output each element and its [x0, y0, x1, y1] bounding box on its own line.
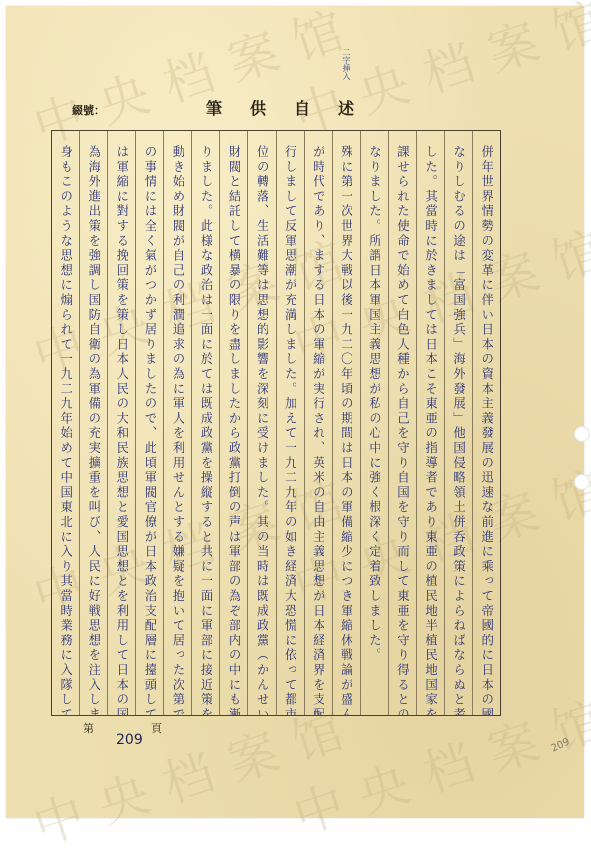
column-text: なりました。所謂日本軍国主義思想が私の心中に強く根深く定着致しました。: [368, 145, 381, 715]
text-column: 併年世界情勢の変革に伴い日本の資本主義發展の迅速な前進に乘って帝國的に日本の國運…: [472, 131, 500, 715]
column-text: 併年世界情勢の変革に伴い日本の資本主義發展の迅速な前進に乘って帝國的に日本の國運…: [480, 145, 493, 715]
column-text: の事情には全く氣がつかず居りましたので、此頃軍閥官僚が日本政治支配層に擡頭して参…: [143, 145, 156, 715]
margin-page-number: 209: [550, 736, 572, 754]
page-number: 209: [116, 732, 143, 748]
column-text: 位の轉落、生活難等は思想的影響を深刻に受けました。其の当時は既成政黨（かんせい政…: [256, 145, 269, 715]
column-text: 行しまして反軍思潮が充満しました。加えて一九二九年の如き経済大恐慌に依って都市農…: [284, 145, 297, 715]
column-text: 動き始め財閥が自己の利潤追求の為に軍人を利用せんとする嫌疑を抱いて居った次第であ…: [172, 145, 185, 715]
page-suffix: 頁: [151, 720, 162, 736]
text-column: した。其當時に於きましては日本こそ東亜の指導者であり東亜の植民地半植民地国家を解…: [416, 131, 444, 715]
watermark: 中央档案馆: [283, 0, 591, 149]
page-prefix: 第: [83, 720, 94, 736]
column-text: 身もこのような思想に煽られて一九二九年始めて中国東北に入り其當時業務に入隊して二…: [59, 145, 72, 715]
column-text: 殊に第一次世界大戦以後一九二〇年頃の期間は日本の軍備縮少につき軍縮休戦論が盛んに…: [340, 145, 353, 715]
text-column: 殊に第一次世界大戦以後一九二〇年頃の期間は日本の軍備縮少につき軍縮休戦論が盛んに…: [332, 131, 360, 715]
column-text: りました。此様な政治は一面に於ては既成政黨を操縦すると共に一面に軍部に接近策を講…: [200, 145, 213, 715]
manuscript-grid: 併年世界情勢の変革に伴い日本の資本主義發展の迅速な前進に乘って帝國的に日本の國運…: [51, 130, 501, 716]
text-column: 身もこのような思想に煽られて一九二九年始めて中国東北に入り其當時業務に入隊して二…: [52, 131, 79, 715]
text-column: 動き始め財閥が自己の利潤追求の為に軍人を利用せんとする嫌疑を抱いて居った次第であ…: [163, 131, 191, 715]
column-text: は軍縮に對する挽回策を策し日本人民の大和民族思想と愛国思想とを利用して日本の国力…: [115, 145, 128, 715]
text-column: の事情には全く氣がつかず居りましたので、此頃軍閥官僚が日本政治支配層に擡頭して参…: [135, 131, 163, 715]
text-column: 財閥と結託して横暴の限りを盡しましたから政黨打倒の声は軍部の為ぞ部内の中にも漸次…: [219, 131, 247, 715]
text-column: なりしむるの途は「富国強兵」海外發展」他国侵略領土併呑政策によらねばならぬと考え…: [444, 131, 472, 715]
file-number-label: 綴號：: [72, 102, 105, 118]
text-column: 為海外進出策を強調し国防自衛の為軍備の充実擴重を叫び、人民に好戦思想を注入しまし…: [79, 131, 107, 715]
column-text: 為海外進出策を強調し国防自衛の為軍備の充実擴重を叫び、人民に好戦思想を注入しまし…: [87, 145, 100, 715]
column-text: 課せられた使命で始めて白色人種から自己を守り自国を守り而して東亜を守り得るとの思…: [396, 145, 409, 715]
text-column: りました。此様な政治は一面に於ては既成政黨を操縦すると共に一面に軍部に接近策を講…: [191, 131, 219, 715]
column-text: が時代であり、まする日本の軍縮が実行され、英米の自由主義思想が日本経済界を支配し…: [312, 145, 325, 715]
text-column: 課せられた使命で始めて白色人種から自己を守り自国を守り而して東亜を守り得るとの思…: [388, 131, 416, 715]
form-title: 筆供自述: [206, 96, 382, 119]
text-column: 位の轉落、生活難等は思想的影響を深刻に受けました。其の当時は既成政黨（かんせい政…: [247, 131, 275, 715]
text-column: は軍縮に對する挽回策を策し日本人民の大和民族思想と愛国思想とを利用して日本の国力…: [107, 131, 135, 715]
corner-annotation: 二字挿入: [340, 48, 352, 80]
text-column: 行しまして反軍思潮が充満しました。加えて一九二九年の如き経済大恐慌に依って都市農…: [276, 131, 304, 715]
column-text: なりしむるの途は「富国強兵」海外發展」他国侵略領土併呑政策によらねばならぬと考え…: [452, 145, 465, 715]
punch-hole: [574, 426, 590, 442]
text-column: なりました。所謂日本軍国主義思想が私の心中に強く根深く定着致しました。: [360, 131, 388, 715]
punch-hole: [574, 474, 590, 490]
document-page: 中央档案馆 中央档案馆 中央档案馆 中央档案馆 中央档案馆 中央档案馆 中央档案…: [6, 6, 584, 818]
column-text: した。其當時に於きましては日本こそ東亜の指導者であり東亜の植民地半植民地国家を解…: [424, 145, 437, 715]
text-column: が時代であり、まする日本の軍縮が実行され、英米の自由主義思想が日本経済界を支配し…: [304, 131, 332, 715]
column-text: 財閥と結託して横暴の限りを盡しましたから政黨打倒の声は軍部の為ぞ部内の中にも漸次…: [228, 145, 241, 715]
